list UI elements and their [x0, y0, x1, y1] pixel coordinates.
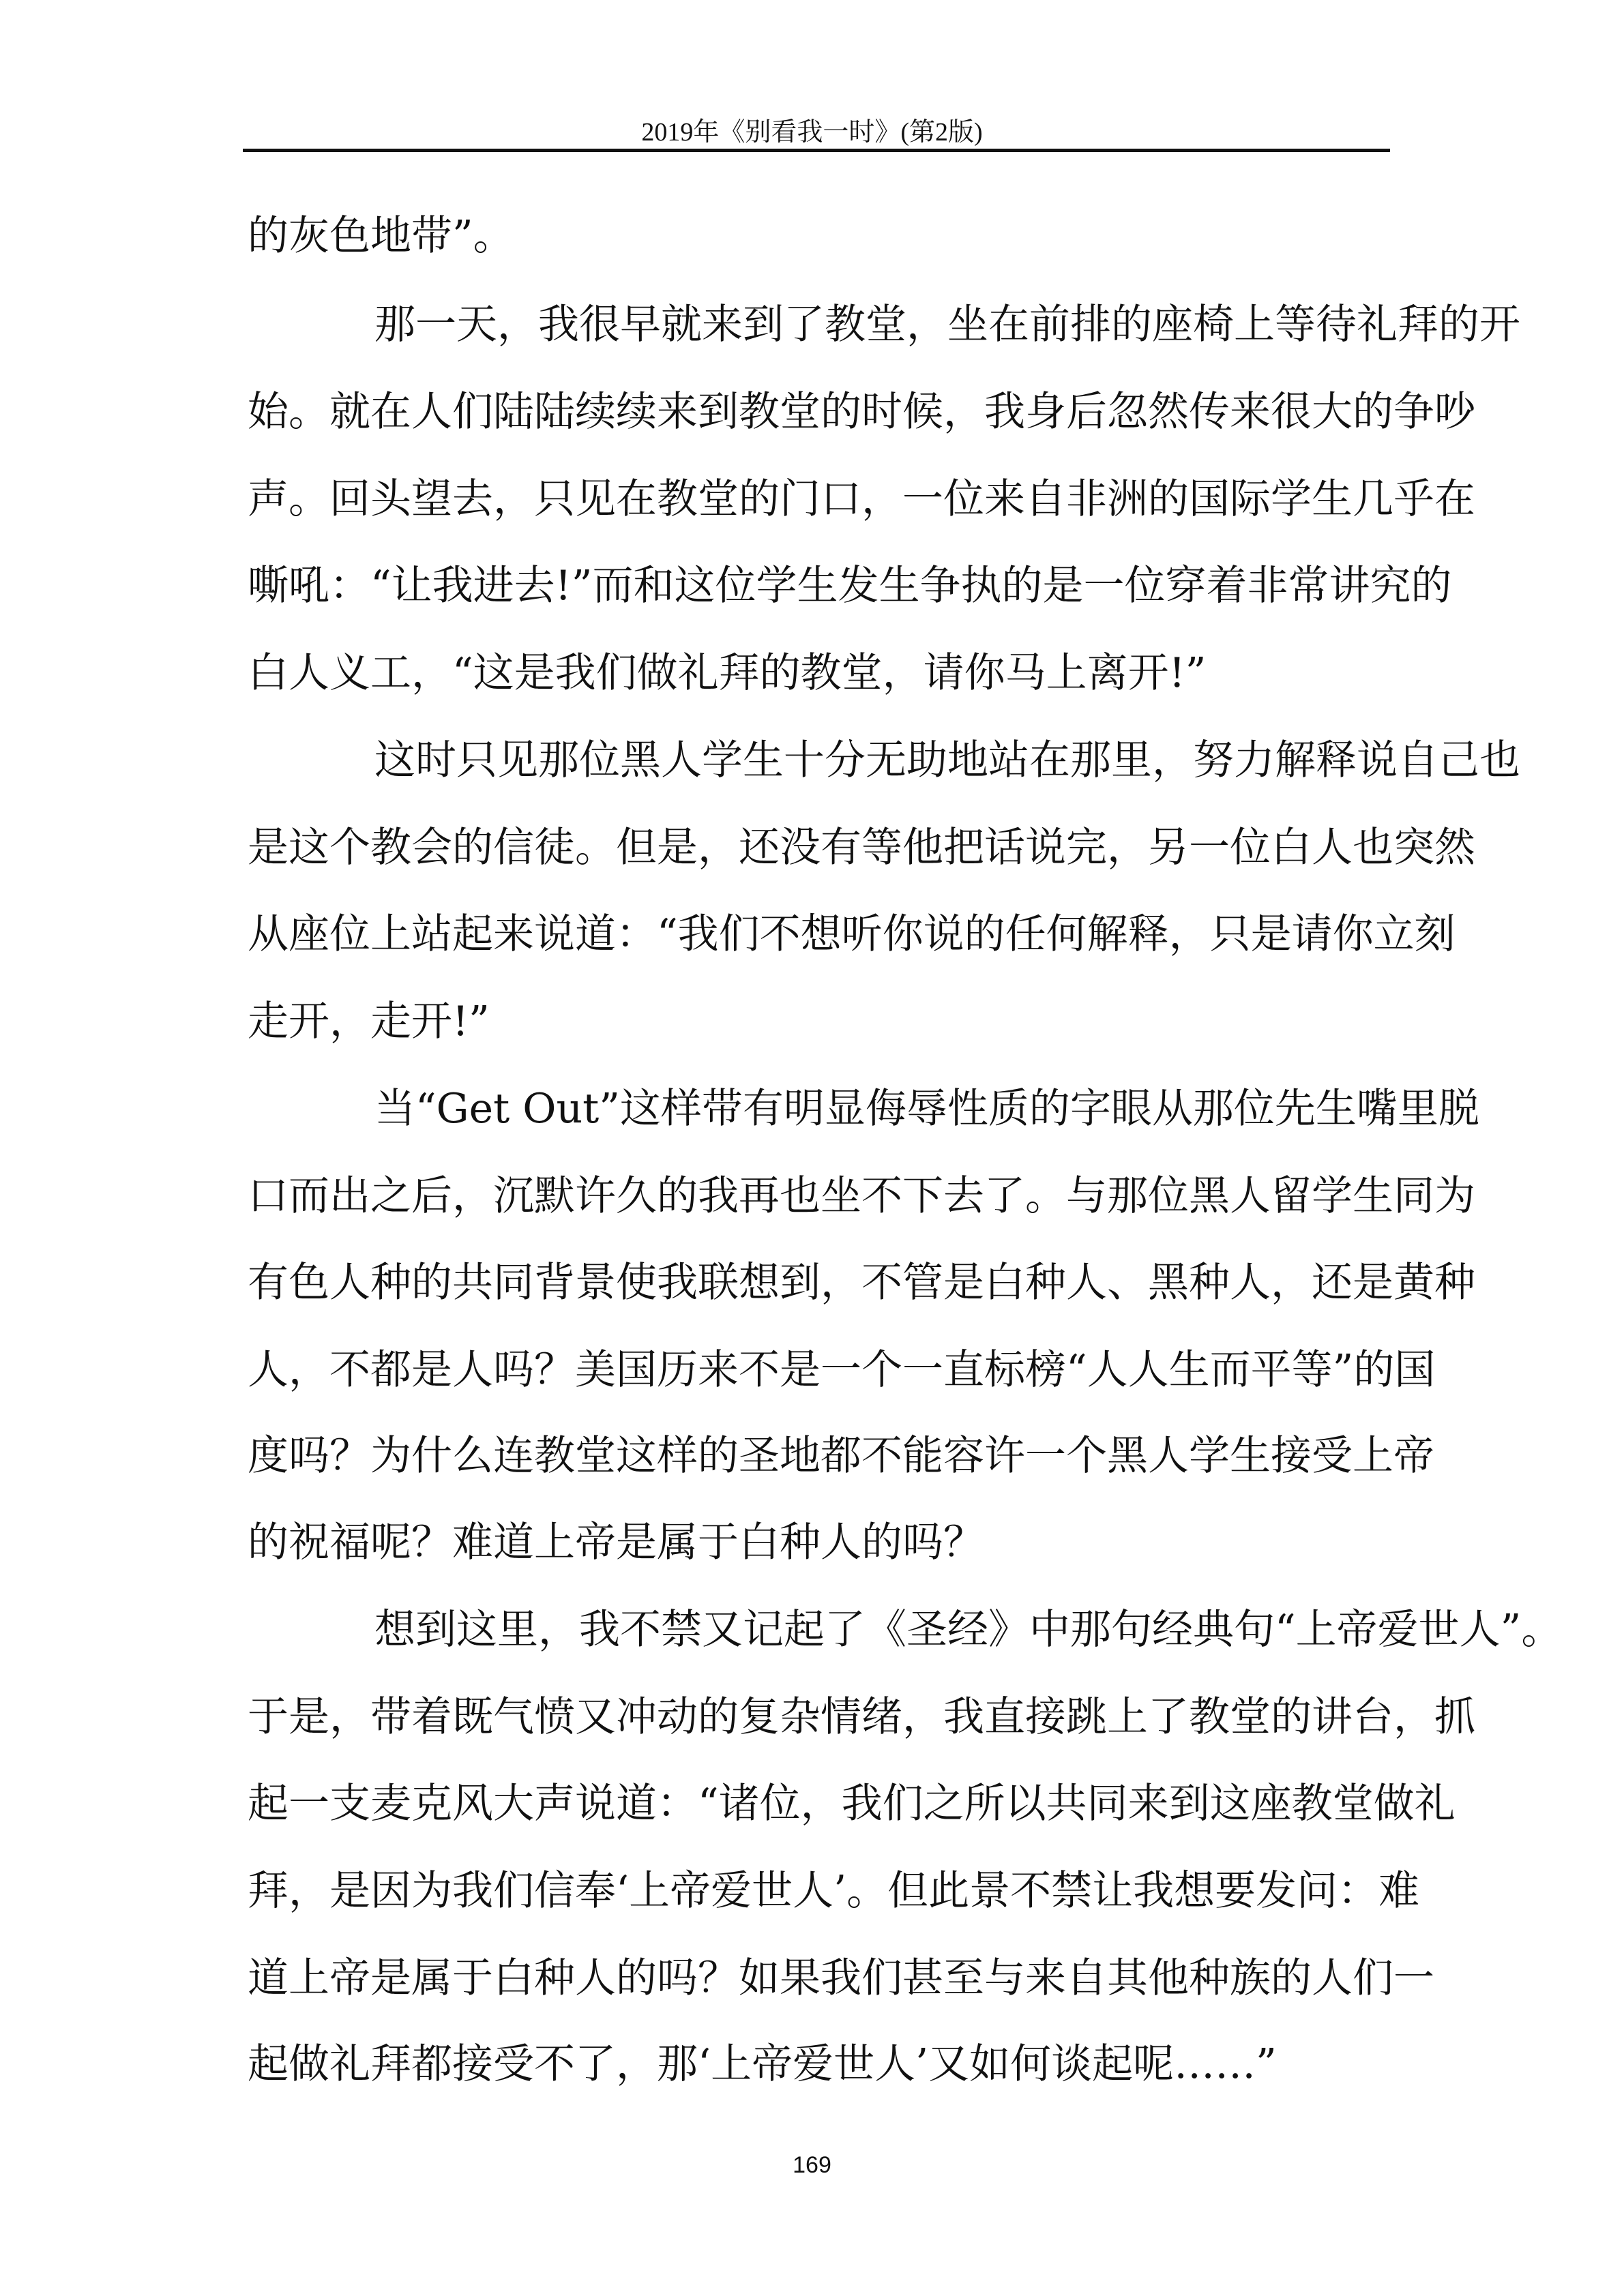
text-line: 道上帝是属于白种人的吗？如果我们甚至与来自其他种族的人们一	[248, 1951, 1390, 2006]
text-line: 这时只见那位黑人学生十分无助地站在那里，努力解释说自己也	[248, 733, 1390, 788]
text-line: 走开，走开!”	[248, 994, 1390, 1049]
text-line: 白人义工，“这是我们做礼拜的教堂，请你马上离开!”	[248, 646, 1390, 700]
text-line: 从座位上站起来说道：“我们不想听你说的任何解释，只是请你立刻	[248, 907, 1390, 961]
text-line: 拜，是因为我们信奉‘上帝爱世人’。但此景不禁让我想要发问：难	[248, 1864, 1390, 1918]
text-line: 口而出之后，沉默许久的我再也坐不下去了。与那位黑人留学生同为	[248, 1169, 1390, 1223]
text-line: 那一天，我很早就来到了教堂，坐在前排的座椅上等待礼拜的开	[248, 297, 1390, 352]
header-divider	[243, 149, 1390, 152]
text-line: 于是，带着既气愤又冲动的复杂情绪，我直接跳上了教堂的讲台，抓	[248, 1690, 1390, 1744]
text-line: 的祝福呢？难道上帝是属于白种人的吗？	[248, 1515, 1390, 1570]
text-line: 人，不都是人吗？美国历来不是一个一直标榜“人人生而平等”的国	[248, 1343, 1390, 1397]
text-line: 想到这里，我不禁又记起了《圣经》中那句经典句“上帝爱世人”。	[248, 1602, 1390, 1657]
running-header-title: 2019年《别看我一时》(第2版)	[0, 110, 1624, 148]
text-line: 起做礼拜都接受不了，那‘上帝爱世人’又如何谈起呢……”	[248, 2037, 1390, 2091]
text-line: 的灰色地带”。	[248, 209, 1390, 263]
text-line: 嘶吼：“让我进去!”而和这位学生发生争执的是一位穿着非常讲究的	[248, 558, 1390, 613]
text-line: 始。就在人们陆陆续续来到教堂的时候，我身后忽然传来很大的争吵	[248, 385, 1390, 439]
text-line: 声。回头望去，只见在教堂的门口，一位来自非洲的国际学生几乎在	[248, 472, 1390, 526]
text-line: 当“Get Out”这样带有明显侮辱性质的字眼从那位先生嘴里脱	[248, 1082, 1390, 1136]
text-line: 起一支麦克风大声说道：“诸位，我们之所以共同来到这座教堂做礼	[248, 1776, 1390, 1831]
text-line: 是这个教会的信徒。但是，还没有等他把话说完，另一位白人也突然	[248, 820, 1390, 875]
text-line: 度吗？为什么连教堂这样的圣地都不能容许一个黑人学生接受上帝	[248, 1429, 1390, 1483]
text-line: 有色人种的共同背景使我联想到，不管是白种人、黑种人，还是黄种	[248, 1255, 1390, 1310]
page-number: 169	[0, 2152, 1624, 2179]
